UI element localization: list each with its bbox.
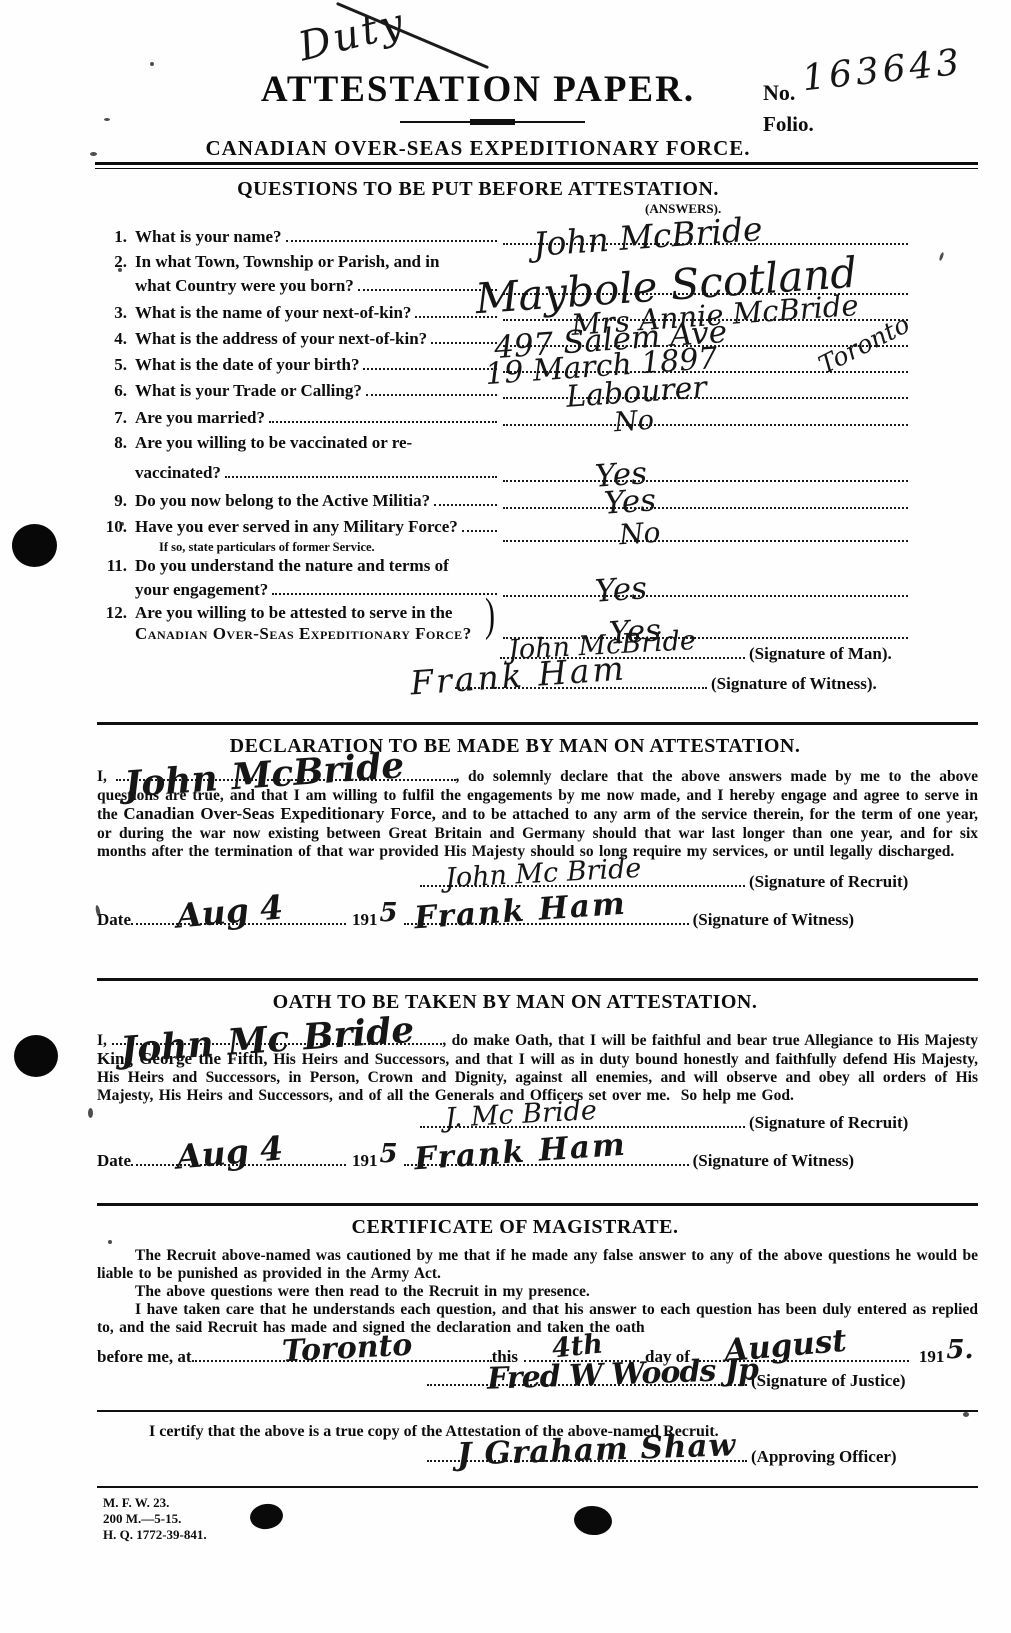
- footer-rule: [97, 1486, 978, 1488]
- answer-line: [503, 637, 908, 639]
- scan-speckle: [150, 62, 154, 66]
- title-divider: [400, 121, 585, 123]
- force-subtitle: CANADIAN OVER-SEAS EXPEDITIONARY FORCE.: [0, 136, 956, 161]
- dotted-leader: [286, 240, 497, 242]
- footer-section: M. F. W. 23. 200 M.—5-15. H. Q. 1772-39-…: [97, 1486, 978, 1542]
- before-me-label: before me, at: [97, 1347, 192, 1367]
- dotted-leader: [431, 342, 497, 344]
- year-handwriting: 5: [379, 898, 397, 928]
- signature-of-recruit-row: J. Mc Bride (Signature of Recruit): [420, 1113, 978, 1137]
- question-row-2: 2.In what Town, Township or Parish, and …: [97, 250, 978, 300]
- question-text: What is the date of your birth?: [135, 352, 359, 378]
- folio-label: Folio.: [763, 112, 814, 137]
- declaration-section: DECLARATION TO BE MADE BY MAN ON ATTESTA…: [97, 722, 978, 932]
- king-name-bold: King George the Fifth,: [97, 1049, 267, 1068]
- signature-line: Frank Ham: [455, 675, 707, 689]
- scan-speckle: [120, 522, 124, 526]
- closing-brace: ): [485, 590, 495, 643]
- signature-of-witness-label: (Signature of Witness).: [707, 674, 877, 694]
- signature-line: Fred W Woods Jp: [427, 1372, 747, 1386]
- section-divider: [97, 1203, 978, 1206]
- year-handwriting: 5: [379, 1139, 397, 1169]
- day-of-label: day of: [645, 1347, 690, 1367]
- form-code: 200 M.—5-15.: [103, 1512, 978, 1526]
- question-text: Canadian Over-Seas Expeditionary Force?: [135, 623, 472, 644]
- answer-line: [503, 480, 908, 482]
- dotted-leader: [415, 316, 497, 318]
- signature-of-recruit-label: (Signature of Recruit): [745, 872, 908, 892]
- question-row-12: 12.Are you willing to be attested to ser…: [97, 602, 978, 644]
- signature-of-witness-label: (Signature of Witness): [689, 910, 855, 930]
- answer-line: [503, 345, 908, 347]
- signature-of-man-label: (Signature of Man).: [745, 644, 892, 664]
- signature-of-witness-label: (Signature of Witness): [689, 1151, 855, 1171]
- hole-punch-mark: [12, 524, 57, 567]
- month-blank: August: [694, 1347, 909, 1362]
- magistrate-paragraph-1: The Recruit above-named was cautioned by…: [97, 1247, 978, 1283]
- scan-speckle: [104, 118, 110, 121]
- year-handwriting: 5.: [946, 1335, 973, 1365]
- signature-of-man-row: John McBride (Signature of Man).: [500, 644, 978, 668]
- scan-speckle: [118, 268, 122, 272]
- question-row-9: 9.Do you now belong to the Active Militi…: [97, 487, 978, 514]
- question-text: What is your name?: [135, 224, 282, 250]
- question-text: In what Town, Township or Parish, and in: [135, 250, 439, 274]
- answer-line: [503, 397, 908, 399]
- question-text: Have you ever served in any Military For…: [135, 514, 458, 540]
- oath-paragraph: I, John Mc Bride, do make Oath, that I w…: [97, 1030, 978, 1105]
- question-row-5: 5.What is the date of your birth? 19 Mar…: [97, 352, 978, 378]
- signature-line: J Graham Shaw: [427, 1448, 747, 1462]
- section-divider: [97, 722, 978, 725]
- approving-officer-label: (Approving Officer): [747, 1447, 897, 1467]
- signature-line: J. Mc Bride: [420, 1114, 745, 1128]
- witness-blank: Frank Ham: [404, 910, 689, 925]
- dotted-leader: [358, 289, 497, 291]
- declaration-name-blank: John McBride: [116, 766, 456, 781]
- question-row-11: 11.Do you understand the nature and term…: [97, 554, 978, 602]
- question-text: What is the address of your next-of-kin?: [135, 326, 427, 352]
- dotted-leader: [225, 476, 497, 478]
- scan-speckle: [963, 1412, 969, 1417]
- answer-line: [503, 293, 908, 295]
- magistrate-section: CERTIFICATE OF MAGISTRATE. The Recruit a…: [97, 1203, 978, 1397]
- question-text: What is the name of your next-of-kin?: [135, 300, 411, 326]
- certify-section: I certify that the above is a true copy …: [97, 1410, 978, 1477]
- dotted-leader: [363, 368, 497, 370]
- question-row-6: 6.What is your Trade or Calling? Laboure…: [97, 378, 978, 404]
- witness-blank: Frank Ham: [404, 1151, 689, 1166]
- question-row-1: 1.What is your name? John McBride: [97, 224, 978, 250]
- scan-speckle: [88, 1108, 93, 1118]
- oath-date-row: Date Aug 4 191 5 Frank Ham (Signature of…: [97, 1143, 978, 1173]
- declaration-date-row: Date Aug 4 191 5 Frank Ham (Signature of…: [97, 902, 978, 932]
- year-printed: 191: [346, 1151, 380, 1171]
- signature-of-witness-row: Frank Ham (Signature of Witness).: [455, 674, 978, 702]
- year-printed: 191: [913, 1347, 947, 1367]
- question-subnote: If so, state particulars of former Servi…: [97, 540, 499, 554]
- pen-scratch-mark: [336, 2, 489, 69]
- signature-of-justice-label: (Signature of Justice): [747, 1371, 906, 1391]
- dotted-leader: [434, 504, 497, 506]
- place-blank: Toronto: [192, 1347, 492, 1362]
- magistrate-paragraph-2: The above questions were then read to th…: [97, 1283, 978, 1301]
- magistrate-heading: CERTIFICATE OF MAGISTRATE.: [97, 1216, 978, 1239]
- questions-section: 1.What is your name? John McBride 2.In w…: [97, 214, 978, 702]
- declaration-heading: DECLARATION TO BE MADE BY MAN ON ATTESTA…: [97, 735, 978, 758]
- date-label: Date: [97, 910, 131, 930]
- approving-officer-row: J Graham Shaw (Approving Officer): [427, 1447, 978, 1477]
- question-text: what Country were you born?: [135, 274, 354, 298]
- question-row-8: 8.Are you willing to be vaccinated or re…: [97, 431, 978, 487]
- scan-speckle: [108, 1240, 112, 1244]
- form-code: H. Q. 1772-39-841.: [103, 1528, 978, 1542]
- magistrate-paragraph-3: I have taken care that he understands ea…: [97, 1301, 978, 1337]
- answer-line: [503, 371, 908, 373]
- header-rule: [95, 162, 978, 169]
- question-row-7: 7.Are you married? No: [97, 404, 978, 431]
- signature-of-recruit-row: John Mc Bride (Signature of Recruit): [420, 872, 978, 898]
- date-blank: Aug 4: [131, 910, 346, 925]
- answer-line: [503, 540, 908, 542]
- answer-handwriting: No: [618, 516, 662, 552]
- page-title: ATTESTATION PAPER.: [0, 68, 956, 111]
- oath-section: OATH TO BE TAKEN BY MAN ON ATTESTATION. …: [97, 978, 978, 1173]
- day-blank: 4th: [524, 1347, 639, 1362]
- year-printed: 191: [346, 910, 380, 930]
- section-divider: [97, 1410, 978, 1412]
- form-code: M. F. W. 23.: [103, 1496, 978, 1510]
- section-divider: [97, 978, 978, 981]
- question-row-3: 3.What is the name of your next-of-kin? …: [97, 300, 978, 326]
- signature-of-justice-row: Fred W Woods Jp (Signature of Justice): [427, 1371, 978, 1397]
- answer-line: [503, 507, 908, 509]
- hole-punch-mark: [14, 1035, 58, 1077]
- question-text: Do you understand the nature and terms o…: [135, 554, 449, 578]
- question-text: Are you willing to be vaccinated or re-: [135, 431, 412, 455]
- declaration-paragraph: I, John McBride, do solemnly declare tha…: [97, 766, 978, 862]
- dotted-leader: [272, 593, 497, 595]
- attestation-paper-scan: Duty ATTESTATION PAPER. No. 163643 Folio…: [0, 0, 1011, 1633]
- dotted-leader: [462, 530, 497, 532]
- question-text: Are you married?: [135, 404, 265, 431]
- dotted-leader: [269, 421, 497, 423]
- force-name-bold: Canadian Over-Seas Expeditionary Force,: [123, 804, 435, 823]
- answer-line: [503, 424, 908, 426]
- oath-name-blank: John Mc Bride: [112, 1030, 442, 1045]
- question-row-10: 10.Have you ever served in any Military …: [97, 514, 978, 554]
- oath-heading: OATH TO BE TAKEN BY MAN ON ATTESTATION.: [97, 991, 978, 1014]
- form-codes: M. F. W. 23. 200 M.—5-15. H. Q. 1772-39-…: [103, 1496, 978, 1542]
- question-text: Are you willing to be attested to serve …: [135, 602, 452, 623]
- scan-speckle: [90, 152, 97, 156]
- date-handwriting: Aug 4: [174, 887, 284, 935]
- number-label: No.: [763, 80, 795, 106]
- dotted-leader: [366, 394, 497, 396]
- date-handwriting: Aug 4: [174, 1128, 284, 1176]
- answer-line: [503, 595, 908, 597]
- question-row-4: 4.What is the address of your next-of-ki…: [97, 326, 978, 352]
- certify-text: I certify that the above is a true copy …: [97, 1422, 978, 1441]
- question-text: vaccinated?: [135, 461, 221, 485]
- question-text: your engagement?: [135, 578, 268, 602]
- answer-line: [503, 243, 908, 245]
- questions-heading: QUESTIONS TO BE PUT BEFORE ATTESTATION.: [0, 178, 956, 201]
- date-label: Date: [97, 1151, 131, 1171]
- before-me-row: before me, at Toronto this 4th day of Au…: [97, 1339, 978, 1361]
- signature-line: John Mc Bride: [420, 873, 745, 887]
- date-blank: Aug 4: [131, 1151, 346, 1166]
- question-text: Do you now belong to the Active Militia?: [135, 487, 430, 514]
- signature-line: John McBride: [500, 645, 745, 659]
- answer-line: [503, 319, 908, 321]
- signature-of-recruit-label: (Signature of Recruit): [745, 1113, 908, 1133]
- question-text: What is your Trade or Calling?: [135, 378, 362, 404]
- this-label: this: [492, 1347, 518, 1367]
